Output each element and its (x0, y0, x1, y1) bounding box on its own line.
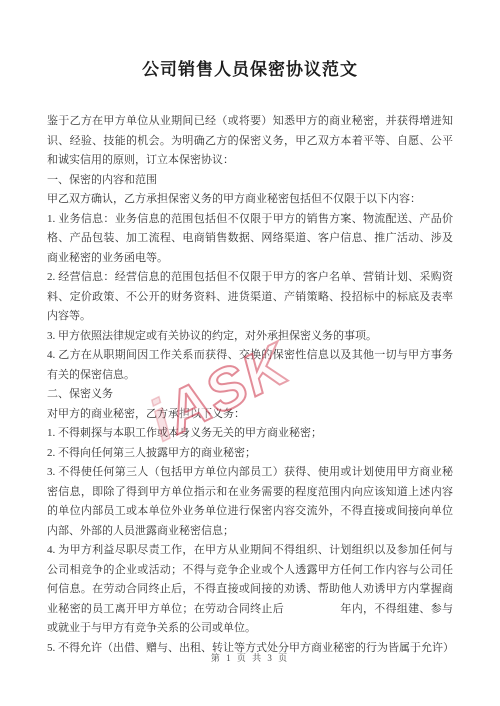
section-heading: 一、保密的内容和范围 (47, 171, 453, 191)
document-page: iASK 公司销售人员保密协议范文 鉴于乙方在甲方单位从业期间已经（或将要）知悉… (0, 0, 500, 706)
paragraph: 甲乙双方确认，乙方承担保密义务的甲方商业秘密包括但不仅限于以下内容： (47, 190, 453, 210)
section-heading: 二、保密义务 (47, 385, 453, 405)
document-title: 公司销售人员保密协议范文 (0, 0, 500, 82)
paragraph: 1. 业务信息：业务信息的范围包括但不仅限于甲方的销售方案、物流配送、产品价格、… (47, 210, 453, 269)
document-body: 鉴于乙方在甲方单位从业期间已经（或将要）知悉甲方的商业秘密，并获得增进知识、经验… (47, 112, 453, 658)
paragraph: 1. 不得刺探与本职工作或本身义务无关的甲方商业秘密； (47, 424, 453, 444)
paragraph: 3. 甲方依照法律规定或有关协议的约定，对外承担保密义务的事项。 (47, 327, 453, 347)
paragraph: 4. 为甲方利益尽职尽责工作，在甲方从业期间不得组织、计划组织以及参加任何与公司… (47, 541, 453, 639)
paragraph: 对甲方的商业秘密，乙方承担以下义务： (47, 405, 453, 425)
paragraph: 3. 不得使任何第三人（包括甲方单位内部员工）获得、使用或计划使用甲方商业秘密信… (47, 463, 453, 541)
paragraph: 5. 不得允许（出借、赠与、出租、转让等方式处分甲方商业秘密的行为皆属于允许） (47, 639, 453, 659)
paragraph: 2. 不得向任何第三人披露甲方的商业秘密； (47, 444, 453, 464)
paragraph: 4. 乙方在从职期间因工作关系而获得、交换的保密性信息以及其他一切与甲方事务有关… (47, 346, 453, 385)
paragraph: 2. 经营信息：经营信息的范围包括但不仅限于甲方的客户名单、营销计划、采购资料、… (47, 268, 453, 327)
paragraph: 鉴于乙方在甲方单位从业期间已经（或将要）知悉甲方的商业秘密，并获得增进知识、经验… (47, 112, 453, 171)
